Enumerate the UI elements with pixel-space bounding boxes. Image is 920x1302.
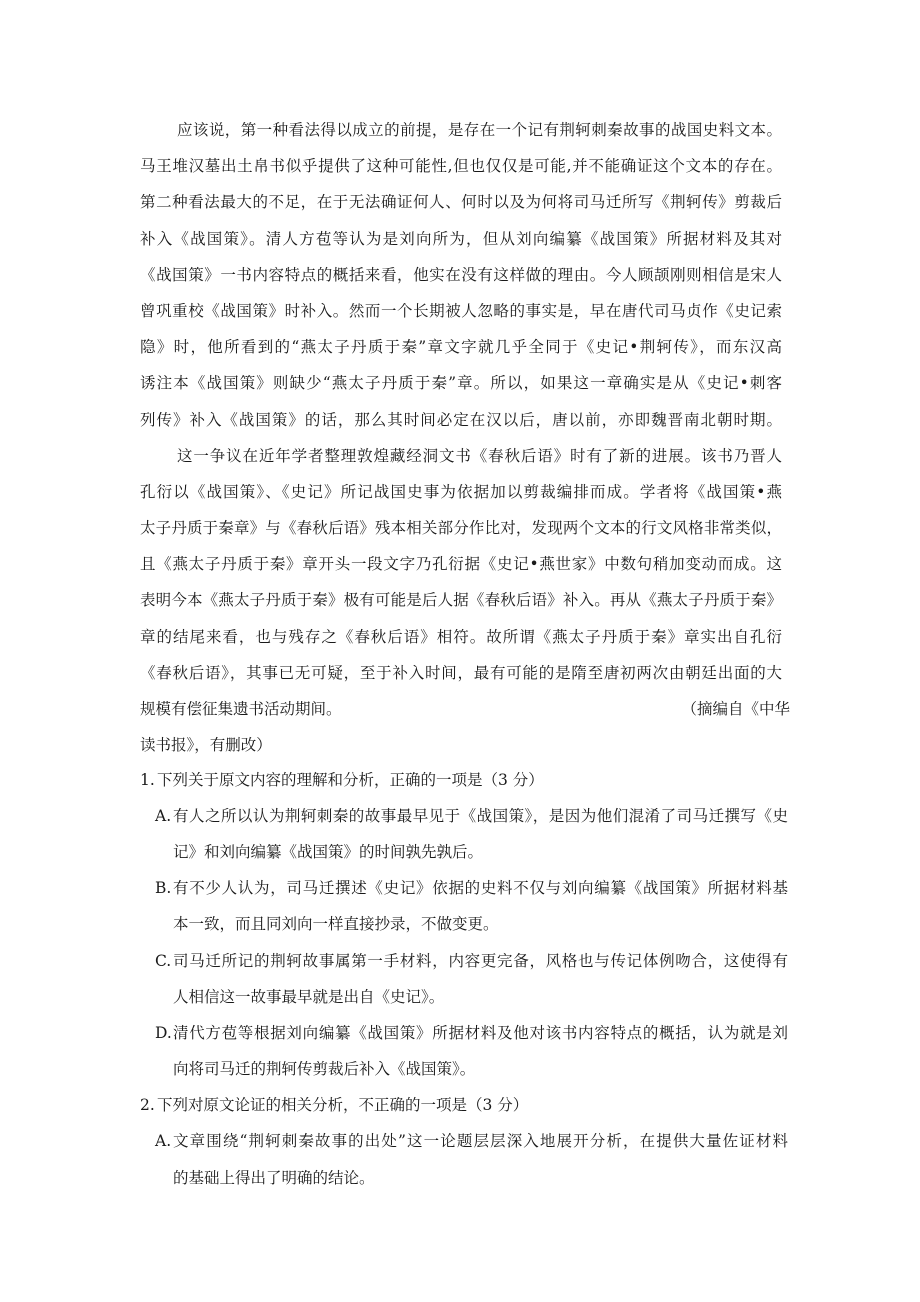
- option-line: A. 有人之所以认为荆轲刺秦的故事最早见于《战国策》，是因为他们混淆了司马迁撰写…: [140, 798, 788, 834]
- option-label: B.: [155, 870, 173, 906]
- option-a[interactable]: A. 文章围绕“荆轲刺秦故事的出处”这一论题层层深入地展开分析，在提供大量佐证材…: [140, 1123, 788, 1195]
- reading-passage: 应该说，第一种看法得以成立的前提，是存在一个记有荆轲刺秦故事的战国史料文本。 马…: [140, 112, 782, 763]
- option-label: A.: [155, 798, 173, 834]
- question-stem: 1. 下列关于原文内容的理解和分析，正确的一项是（3 分）: [140, 762, 788, 798]
- passage-line: 应该说，第一种看法得以成立的前提，是存在一个记有荆轲刺秦故事的战国史料文本。: [140, 112, 782, 148]
- question-section: 1. 下列关于原文内容的理解和分析，正确的一项是（3 分） A. 有人之所以认为…: [140, 762, 788, 1196]
- option-line: B. 有不少人认为，司马迁撰述《史记》依据的史料不仅与刘向编纂《战国策》所据材料…: [140, 870, 788, 906]
- option-text: 记》和刘向编纂《战国策》的时间孰先孰后。: [173, 834, 788, 870]
- passage-line: 太子丹质于秦章》与《春秋后语》残本相关部分作比对，发现两个文本的行文风格非常类似…: [140, 510, 782, 546]
- passage-line: 隐》时，他所看到的“燕太子丹质于秦”章文字就几乎全同于《史记•荆轲传》，而东汉高: [140, 329, 782, 365]
- option-text: 有不少人认为，司马迁撰述《史记》依据的史料不仅与刘向编纂《战国策》所据材料基: [173, 870, 788, 906]
- passage-line: 第二种看法最大的不足，在于无法确证何人、何时以及为何将司马迁所写《荆轲传》剪裁后: [140, 184, 782, 220]
- passage-line: 且《燕太子丹质于秦》章开头一段文字乃孔衍据《史记•燕世家》中数句稍加变动而成。这: [140, 546, 782, 582]
- passage-line: 《春秋后语》，其事已无可疑，至于补入时间，最有可能的是隋至唐初两次由朝廷出面的大: [140, 655, 782, 691]
- option-text: 本一致，而且同刘向一样直接抄录，不做变更。: [173, 906, 788, 942]
- paragraph-1: 应该说，第一种看法得以成立的前提，是存在一个记有荆轲刺秦故事的战国史料文本。 马…: [140, 112, 782, 438]
- option-label: A.: [155, 1123, 173, 1159]
- passage-line: 孔衍以《战国策》、《史记》所记战国史事为依据加以剪裁编排而成。学者将《战国策•燕: [140, 474, 782, 510]
- passage-line: 补入《战国策》。清人方苞等认为是刘向所为，但从刘向编纂《战国策》所据材料及其对: [140, 221, 782, 257]
- passage-line: 马王堆汉墓出土帛书似乎提供了这种可能性,但也仅仅是可能,并不能确证这个文本的存在…: [140, 148, 782, 184]
- passage-line: 诱注本《战国策》则缺少“燕太子丹质于秦”章。所以，如果这一章确实是从《史记•刺客: [140, 365, 782, 401]
- option-line: A. 文章围绕“荆轲刺秦故事的出处”这一论题层层深入地展开分析，在提供大量佐证材…: [140, 1123, 788, 1159]
- passage-line: 规模有偿征集遗书活动期间。: [140, 691, 342, 727]
- passage-line: 列传》补入《战国策》的话，那么其时间必定在汉以后，唐以前，亦即魏晋南北朝时期。: [140, 402, 782, 438]
- option-line: 向将司马迁的荆轲传剪裁后补入《战国策》。: [140, 1051, 788, 1087]
- question-text: 下列对原文论证的相关分析，不正确的一项是（3 分）: [157, 1087, 528, 1123]
- option-text: 清代方苞等根据刘向编纂《战国策》所据材料及他对该书内容特点的概括，认为就是刘: [173, 1015, 788, 1051]
- passage-line: 章的结尾来看，也与残存之《春秋后语》相符。故所谓《燕太子丹质于秦》章实出自孔衍: [140, 619, 782, 655]
- source-citation-end: 读书报》，有删改）: [140, 727, 782, 763]
- option-text: 向将司马迁的荆轲传剪裁后补入《战国策》。: [173, 1051, 788, 1087]
- question-number: 1.: [140, 762, 157, 798]
- option-text: 人相信这一故事最早就是出自《史记》。: [173, 979, 788, 1015]
- question-number: 2.: [140, 1087, 157, 1123]
- question-2: 2. 下列对原文论证的相关分析，不正确的一项是（3 分） A. 文章围绕“荆轲刺…: [140, 1087, 788, 1196]
- passage-line: 表明今本《燕太子丹质于秦》极有可能是后人据《春秋后语》补入。再从《燕太子丹质于秦…: [140, 582, 782, 618]
- option-line: 的基础上得出了明确的结论。: [140, 1160, 788, 1196]
- option-text: 的基础上得出了明确的结论。: [173, 1160, 788, 1196]
- option-line: 本一致，而且同刘向一样直接抄录，不做变更。: [140, 906, 788, 942]
- question-1: 1. 下列关于原文内容的理解和分析，正确的一项是（3 分） A. 有人之所以认为…: [140, 762, 788, 1088]
- option-label: C.: [155, 943, 173, 979]
- option-line: D. 清代方苞等根据刘向编纂《战国策》所据材料及他对该书内容特点的概括，认为就是…: [140, 1015, 788, 1051]
- option-line: 人相信这一故事最早就是出自《史记》。: [140, 979, 788, 1015]
- passage-line: 《战国策》一书内容特点的概括来看，他实在没有这样做的理由。今人顾颉刚则相信是宋人: [140, 257, 782, 293]
- question-text: 下列关于原文内容的理解和分析，正确的一项是（3 分）: [157, 762, 544, 798]
- option-b[interactable]: B. 有不少人认为，司马迁撰述《史记》依据的史料不仅与刘向编纂《战国策》所据材料…: [140, 870, 788, 942]
- passage-line: 曾巩重校《战国策》时补入。然而一个长期被人忽略的事实是，早在唐代司马贞作《史记索: [140, 293, 782, 329]
- option-text: 有人之所以认为荆轲刺秦的故事最早见于《战国策》，是因为他们混淆了司马迁撰写《史: [173, 798, 788, 834]
- option-line: C. 司马迁所记的荆轲故事属第一手材料，内容更完备，风格也与传记体例吻合，这使得…: [140, 943, 788, 979]
- option-a[interactable]: A. 有人之所以认为荆轲刺秦的故事最早见于《战国策》，是因为他们混淆了司马迁撰写…: [140, 798, 788, 870]
- option-c[interactable]: C. 司马迁所记的荆轲故事属第一手材料，内容更完备，风格也与传记体例吻合，这使得…: [140, 943, 788, 1015]
- passage-line: 这一争议在近年学者整理敦煌藏经洞文书《春秋后语》时有了新的进展。该书乃晋人: [140, 438, 782, 474]
- question-stem: 2. 下列对原文论证的相关分析，不正确的一项是（3 分）: [140, 1087, 788, 1123]
- passage-last-line: 规模有偿征集遗书活动期间。 （摘编自《中华: [140, 691, 790, 727]
- option-label: D.: [155, 1015, 173, 1051]
- source-citation-start: （摘编自《中华: [681, 691, 790, 727]
- option-line: 记》和刘向编纂《战国策》的时间孰先孰后。: [140, 834, 788, 870]
- option-text: 司马迁所记的荆轲故事属第一手材料，内容更完备，风格也与传记体例吻合，这使得有: [173, 943, 788, 979]
- option-d[interactable]: D. 清代方苞等根据刘向编纂《战国策》所据材料及他对该书内容特点的概括，认为就是…: [140, 1015, 788, 1087]
- option-text: 文章围绕“荆轲刺秦故事的出处”这一论题层层深入地展开分析，在提供大量佐证材料: [173, 1123, 788, 1159]
- paragraph-2: 这一争议在近年学者整理敦煌藏经洞文书《春秋后语》时有了新的进展。该书乃晋人 孔衍…: [140, 438, 782, 764]
